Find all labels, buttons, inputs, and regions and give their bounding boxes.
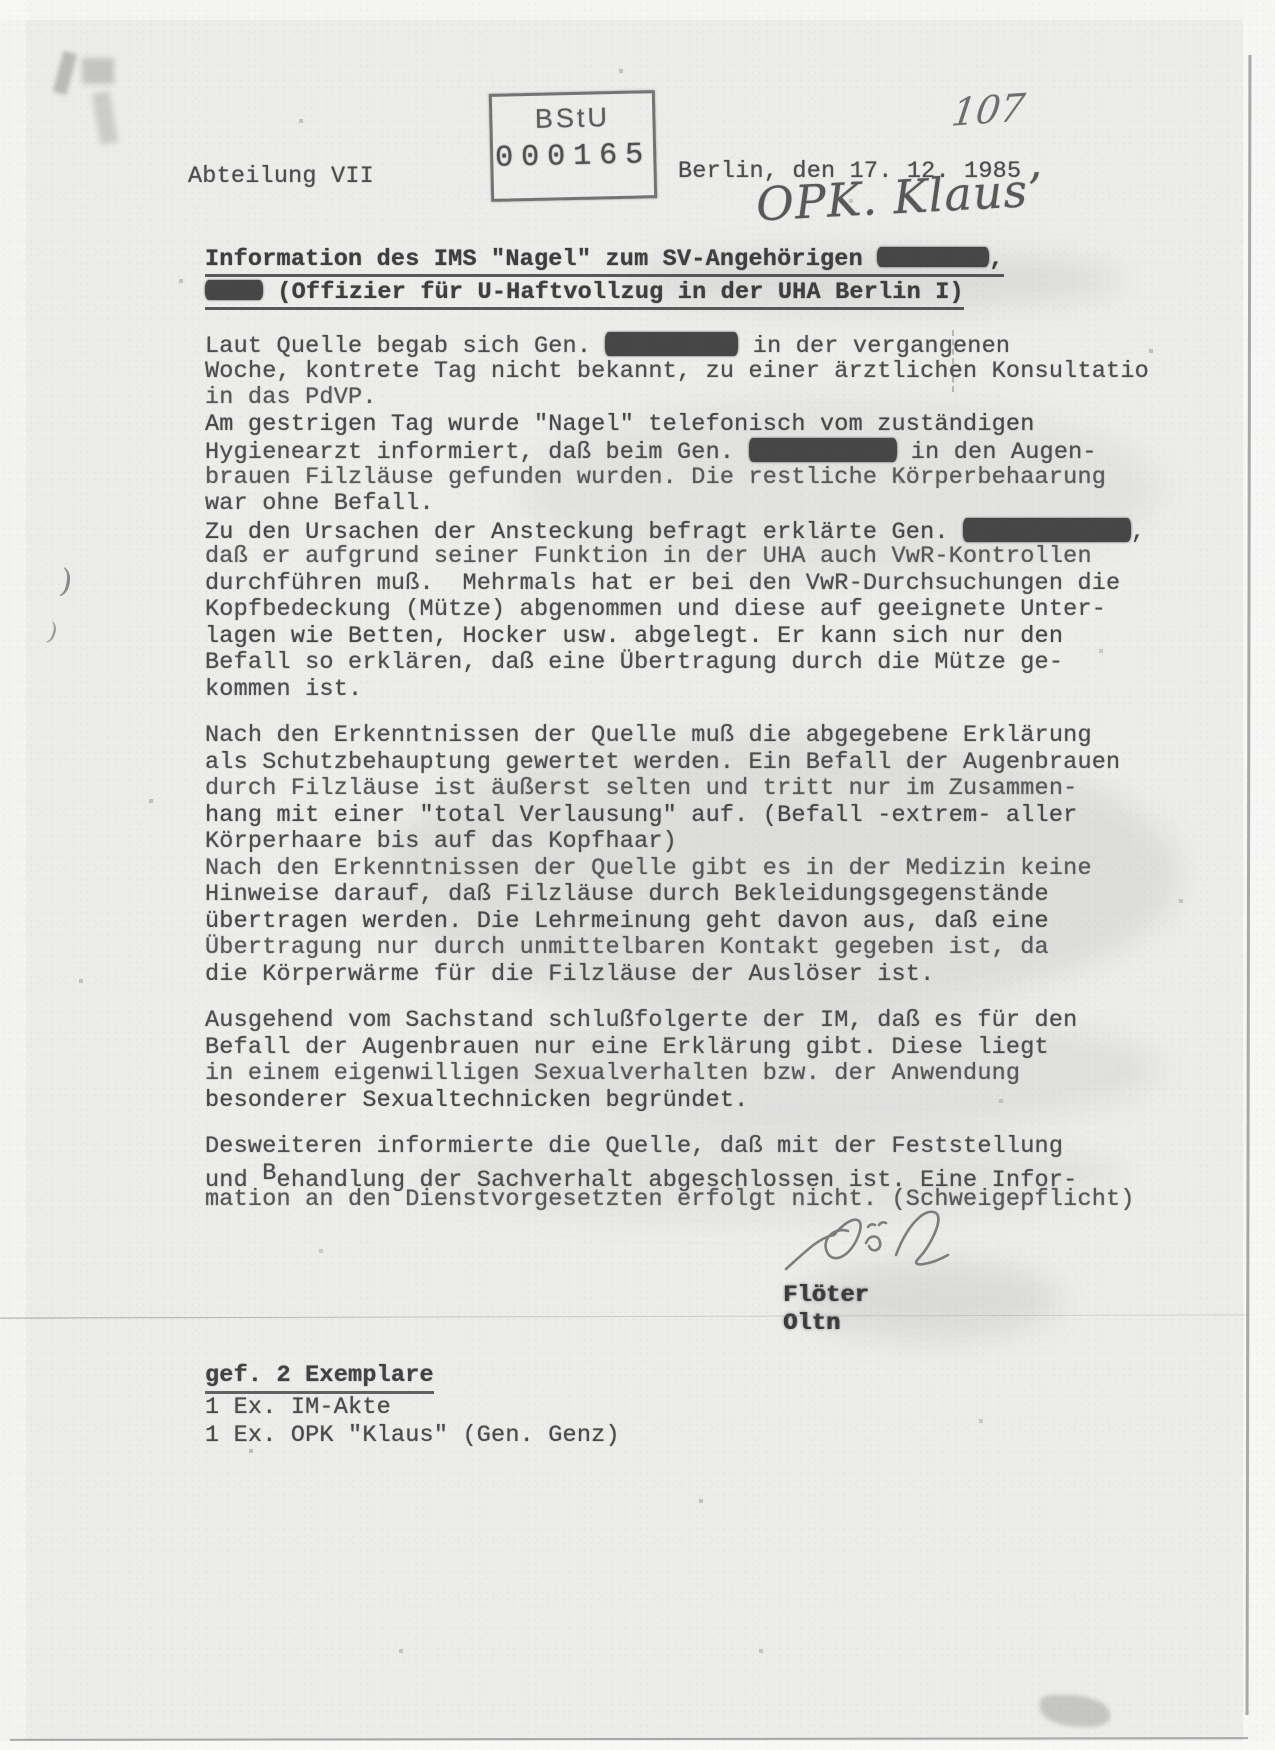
typed-line: mation an den Dienstvorgesetzten erfolgt… <box>205 1187 1215 1214</box>
corner-smudge <box>53 51 77 95</box>
typed-text: Übertragung nur durch unmittelbaren Kont… <box>205 934 1049 961</box>
bottom-right-smudge <box>1040 1695 1110 1727</box>
typed-text: brauen Filzläuse gefunden wurden. Die re… <box>205 464 1106 491</box>
scan-edge-bottom <box>0 1741 1275 1750</box>
typed-line: Laut Quelle begab sich Gen. in der verga… <box>205 332 1215 359</box>
typed-line: die Körperwärme für die Filzläuse der Au… <box>205 962 1215 989</box>
typed-line: Nach den Erkenntnissen der Quelle gibt e… <box>205 856 1215 883</box>
typed-line: durchführen muß. Mehrmals hat er bei den… <box>205 571 1215 598</box>
typed-text: Hygienearzt informiert, daß beim Gen. <box>205 439 749 466</box>
document-title: Information des IMS "Nagel" zum SV-Angeh… <box>205 247 1004 313</box>
scan-edge-top <box>0 0 1275 20</box>
distribution-item: 1 Ex. OPK "Klaus" (Gen. Genz) <box>205 1422 620 1450</box>
body-paragraph: Nach den Erkenntnissen der Quelle muß di… <box>205 723 1215 988</box>
typed-text: Ausgehend vom Sachstand schlußfolgerte d… <box>205 1007 1077 1034</box>
signatory-name: Flöter <box>783 1282 869 1309</box>
redaction-bar <box>205 280 263 300</box>
typed-text: Zu den Ursachen der Ansteckung befragt e… <box>205 519 963 546</box>
stamp-title: BStU <box>492 101 653 136</box>
signatory-rank: Oltn <box>783 1310 840 1337</box>
typed-text: besonderer Sexualtechnicken begründet. <box>205 1087 749 1114</box>
body-paragraph: Laut Quelle begab sich Gen. in der verga… <box>205 332 1215 703</box>
margin-pen-mark: ) <box>57 561 75 600</box>
typed-text: in einem eigenwilligen Sexualverhalten b… <box>205 1060 1020 1087</box>
typed-line: Übertragung nur durch unmittelbaren Kont… <box>205 935 1215 962</box>
typed-line: Zu den Ursachen der Ansteckung befragt e… <box>205 518 1215 545</box>
typed-line: Information des IMS "Nagel" zum SV-Angeh… <box>205 247 1004 277</box>
typed-line: Woche, kontrete Tag nicht bekannt, zu ei… <box>205 359 1215 386</box>
typed-line: hang mit einer "total Verlausung" auf. (… <box>205 803 1215 830</box>
typed-text: Kopfbedeckung (Mütze) abgenommen und die… <box>205 596 1106 623</box>
typed-text: Befall so erklären, daß eine Übertragung… <box>205 649 1063 676</box>
dust-specks <box>0 0 2 2</box>
typed-text: Am gestrigen Tag wurde "Nagel" telefonis… <box>205 411 1035 438</box>
typed-text: hang mit einer "total Verlausung" auf. (… <box>205 802 1077 829</box>
body-paragraph: Ausgehend vom Sachstand schlußfolgerte d… <box>205 1008 1215 1114</box>
typed-line: in einem eigenwilligen Sexualverhalten b… <box>205 1061 1215 1088</box>
typed-line: Kopfbedeckung (Mütze) abgenommen und die… <box>205 597 1215 624</box>
distribution-items: 1 Ex. IM-Akte1 Ex. OPK "Klaus" (Gen. Gen… <box>205 1394 620 1450</box>
typed-text: durch Filzläuse ist äußerst selten und t… <box>205 775 1077 802</box>
distribution-block: gef. 2 Exemplare 1 Ex. IM-Akte1 Ex. OPK … <box>205 1363 620 1450</box>
typed-text: Körperhaare bis auf das Kopfhaar) <box>205 828 677 855</box>
typed-text: in das PdVP. <box>205 384 377 411</box>
typed-line: brauen Filzläuse gefunden wurden. Die re… <box>205 465 1215 492</box>
typed-line: Desweiteren informierte die Quelle, daß … <box>205 1134 1215 1161</box>
typed-text: Nach den Erkenntnissen der Quelle muß di… <box>205 722 1092 749</box>
corner-smudge <box>92 91 119 145</box>
fold-crease-line <box>0 1314 1250 1318</box>
typed-line: übertragen werden. Die Lehrmeinung geht … <box>205 909 1215 936</box>
typed-line: in das PdVP. <box>205 385 1215 412</box>
typed-line: Am gestrigen Tag wurde "Nagel" telefonis… <box>205 412 1215 439</box>
typed-text: als Schutzbehauptung gewertet werden. Ei… <box>205 749 1120 776</box>
typed-text: daß er aufgrund seiner Funktion in der U… <box>205 543 1092 570</box>
bstu-stamp: BStU 000165 <box>489 90 657 202</box>
scan-edge-left <box>0 0 26 1750</box>
typed-text: die Körperwärme für die Filzläuse der Au… <box>205 961 934 988</box>
department-label: Abteilung VII <box>188 163 374 190</box>
typed-text: Laut Quelle begab sich Gen. <box>205 333 605 360</box>
typed-line: Hinweise darauf, daß Filzläuse durch Bek… <box>205 882 1215 909</box>
typed-line: daß er aufgrund seiner Funktion in der U… <box>205 544 1215 571</box>
typed-text: , <box>1131 519 1145 546</box>
typed-text: Nach den Erkenntnissen der Quelle gibt e… <box>205 855 1092 882</box>
distribution-item: 1 Ex. IM-Akte <box>205 1394 620 1422</box>
corner-smudge <box>82 58 114 84</box>
typed-line: Ausgehend vom Sachstand schlußfolgerte d… <box>205 1008 1215 1035</box>
stamp-page-number: 000165 <box>493 138 654 176</box>
handwritten-page-number: 107 <box>949 85 1028 135</box>
typed-line: Befall so erklären, daß eine Übertragung… <box>205 650 1215 677</box>
redaction-bar <box>963 518 1131 542</box>
typed-line: Hygienearzt informiert, daß beim Gen. in… <box>205 438 1215 465</box>
document-page: ) ) Abteilung VII BStU 000165 Berlin, de… <box>0 0 1275 1750</box>
typed-text: , <box>989 246 1003 273</box>
typed-text: kommen ist. <box>205 676 362 703</box>
typed-text: Information des IMS "Nagel" zum SV-Angeh… <box>205 246 877 273</box>
document-body: Laut Quelle begab sich Gen. in der verga… <box>205 332 1215 1234</box>
typed-text: übertragen werden. Die Lehrmeinung geht … <box>205 908 1049 935</box>
typed-line: Befall der Augenbrauen nur eine Erklärun… <box>205 1035 1215 1062</box>
typed-line: kommen ist. <box>205 677 1215 704</box>
typed-line: (Offizier für U-Haftvollzug in der UHA B… <box>205 280 964 310</box>
typed-line: Körperhaare bis auf das Kopfhaar) <box>205 829 1215 856</box>
typed-line: und Behandlung der Sachverhalt abgeschlo… <box>205 1161 1215 1188</box>
typed-line: Nach den Erkenntnissen der Quelle muß di… <box>205 723 1215 750</box>
typed-text: Woche, kontrete Tag nicht bekannt, zu ei… <box>205 358 1149 385</box>
typed-text: in den Augen- <box>897 439 1097 466</box>
distribution-heading: gef. 2 Exemplare <box>205 1363 434 1394</box>
redaction-bar <box>749 438 897 462</box>
typed-superscript: B <box>262 1160 276 1187</box>
typed-text: lagen wie Betten, Hocker usw. abgelegt. … <box>205 623 1063 650</box>
typed-line: als Schutzbehauptung gewertet werden. Ei… <box>205 750 1215 777</box>
typed-text: Hinweise darauf, daß Filzläuse durch Bek… <box>205 881 1049 908</box>
typed-line: war ohne Befall. <box>205 491 1215 518</box>
typed-line: lagen wie Betten, Hocker usw. abgelegt. … <box>205 624 1215 651</box>
typed-text: Desweiteren informierte die Quelle, daß … <box>205 1133 1063 1160</box>
handwritten-signature-icon <box>780 1205 1000 1285</box>
body-paragraph: Desweiteren informierte die Quelle, daß … <box>205 1134 1215 1214</box>
typed-text: Befall der Augenbrauen nur eine Erklärun… <box>205 1034 1049 1061</box>
redaction-bar <box>877 247 989 267</box>
typed-text: war ohne Befall. <box>205 490 434 517</box>
typed-line: durch Filzläuse ist äußerst selten und t… <box>205 776 1215 803</box>
typed-line: besonderer Sexualtechnicken begründet. <box>205 1088 1215 1115</box>
typed-text: (Offizier für U-Haftvollzug in der UHA B… <box>263 279 964 306</box>
redaction-bar <box>605 332 738 356</box>
typed-text: in der vergangenen <box>738 333 1010 360</box>
typed-text: durchführen muß. Mehrmals hat er bei den… <box>205 570 1120 597</box>
margin-pen-mark: ) <box>44 617 61 646</box>
